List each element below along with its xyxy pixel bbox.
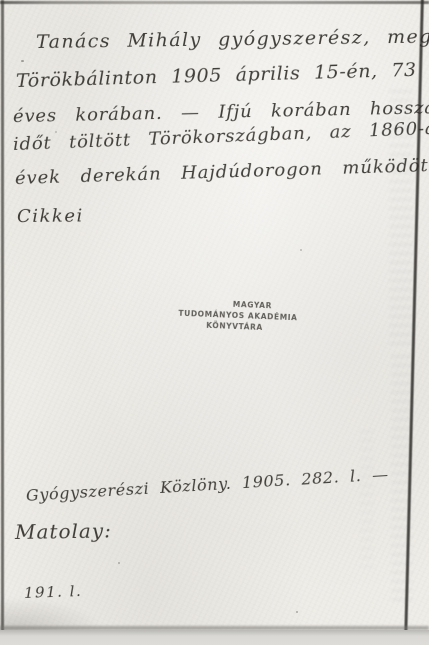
page-edge-top: [0, 1, 429, 4]
scanned-page: Tanács Mihály gyógyszerész, megh. Törökb…: [0, 0, 429, 645]
dust-speck: [300, 249, 302, 251]
showthrough-text-artifact: [389, 90, 413, 345]
handwriting-line-2: Törökbálinton 1905 április 15-én, 73: [16, 59, 417, 92]
scanner-background-strip: [0, 630, 429, 645]
library-stamp: MAGYAR TUDOMÁNYOS AKADÉMIA KÖNYVTÁRA: [177, 297, 298, 335]
handwriting-line-1: Tanács Mihály gyógyszerész, megh.: [36, 25, 429, 53]
page-edge-left: [1, 0, 4, 631]
dust-speck: [55, 131, 57, 133]
citation-line: Gyógyszerészi Közlöny. 1905. 282. l. —: [25, 464, 389, 505]
showthrough-text-artifact: [360, 430, 374, 570]
dust-speck: [118, 562, 120, 564]
dust-speck: [21, 60, 24, 62]
author-line: Matolay:: [15, 518, 112, 544]
handwriting-line-5: évek derekán Hajdúdorogon működött. —: [15, 153, 429, 189]
dust-speck: [296, 611, 298, 613]
handwriting-line-6: Cikkei: [17, 205, 84, 227]
